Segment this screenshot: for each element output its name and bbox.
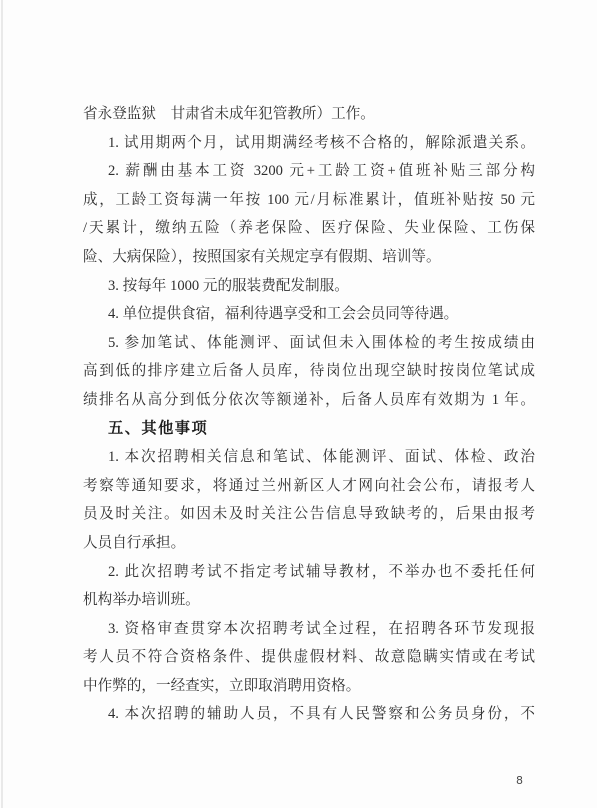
page-number: 8 — [516, 774, 523, 788]
text-line: 省永登监狱 甘肃省未成年犯管教所）工作。 — [83, 100, 535, 129]
text-line: /天累计，缴纳五险（养老保险、医疗保险、失业保险、工伤保 — [83, 214, 535, 243]
text-line: 成，工龄工资每满一年按 100 元/月标准累计，值班补贴按 50 元 — [83, 186, 535, 215]
section-heading: 五、其他事项 — [83, 415, 535, 444]
text-line: 绩排名从高分到低分依次等额递补，后备人员库有效期为 1 年。 — [83, 386, 535, 415]
text-line: 4. 单位提供食宿，福利待遇享受和工会会员同等待遇。 — [83, 300, 535, 329]
text-line: 2. 此次招聘考试不指定考试辅导教材，不举办也不委托任何 — [83, 558, 535, 587]
document-body: 省永登监狱 甘肃省未成年犯管教所）工作。1. 试用期两个月，试用期满经考核不合格… — [83, 100, 535, 729]
text-line: 1. 本次招聘相关信息和笔试、体能测评、面试、体检、政治 — [83, 443, 535, 472]
text-line: 高到低的排序建立后备人员库，待岗位出现空缺时按岗位笔试成 — [83, 357, 535, 386]
text-line: 险、大病保险），按照国家有关规定享有假期、培训等。 — [83, 243, 535, 272]
text-line: 2. 薪酬由基本工资 3200 元+工龄工资+值班补贴三部分构 — [83, 157, 535, 186]
text-line: 考人员不符合资格条件、提供虚假材料、故意隐瞒实情或在考试 — [83, 643, 535, 672]
text-line: 1. 试用期两个月，试用期满经考核不合格的，解除派遣关系。 — [83, 129, 535, 158]
text-line: 中作弊的，一经查实，立即取消聘用资格。 — [83, 672, 535, 701]
document-page: 省永登监狱 甘肃省未成年犯管教所）工作。1. 试用期两个月，试用期满经考核不合格… — [0, 0, 597, 808]
text-line: 人员自行承担。 — [83, 529, 535, 558]
text-line: 3. 按每年 1000 元的服装费配发制服。 — [83, 272, 535, 301]
text-line: 5. 参加笔试、体能测评、面试但未入围体检的考生按成绩由 — [83, 329, 535, 358]
text-line: 3. 资格审查贯穿本次招聘考试全过程，在招聘各环节发现报 — [83, 615, 535, 644]
text-line: 员及时关注。如因未及时关注公告信息导致缺考的，后果由报考 — [83, 500, 535, 529]
text-line: 考察等通知要求，将通过兰州新区人才网向社会公布，请报考人 — [83, 472, 535, 501]
text-line: 4. 本次招聘的辅助人员，不具有人民警察和公务员身份，不 — [83, 700, 535, 729]
page-left-edge — [1, 0, 3, 808]
text-line: 机构举办培训班。 — [83, 586, 535, 615]
